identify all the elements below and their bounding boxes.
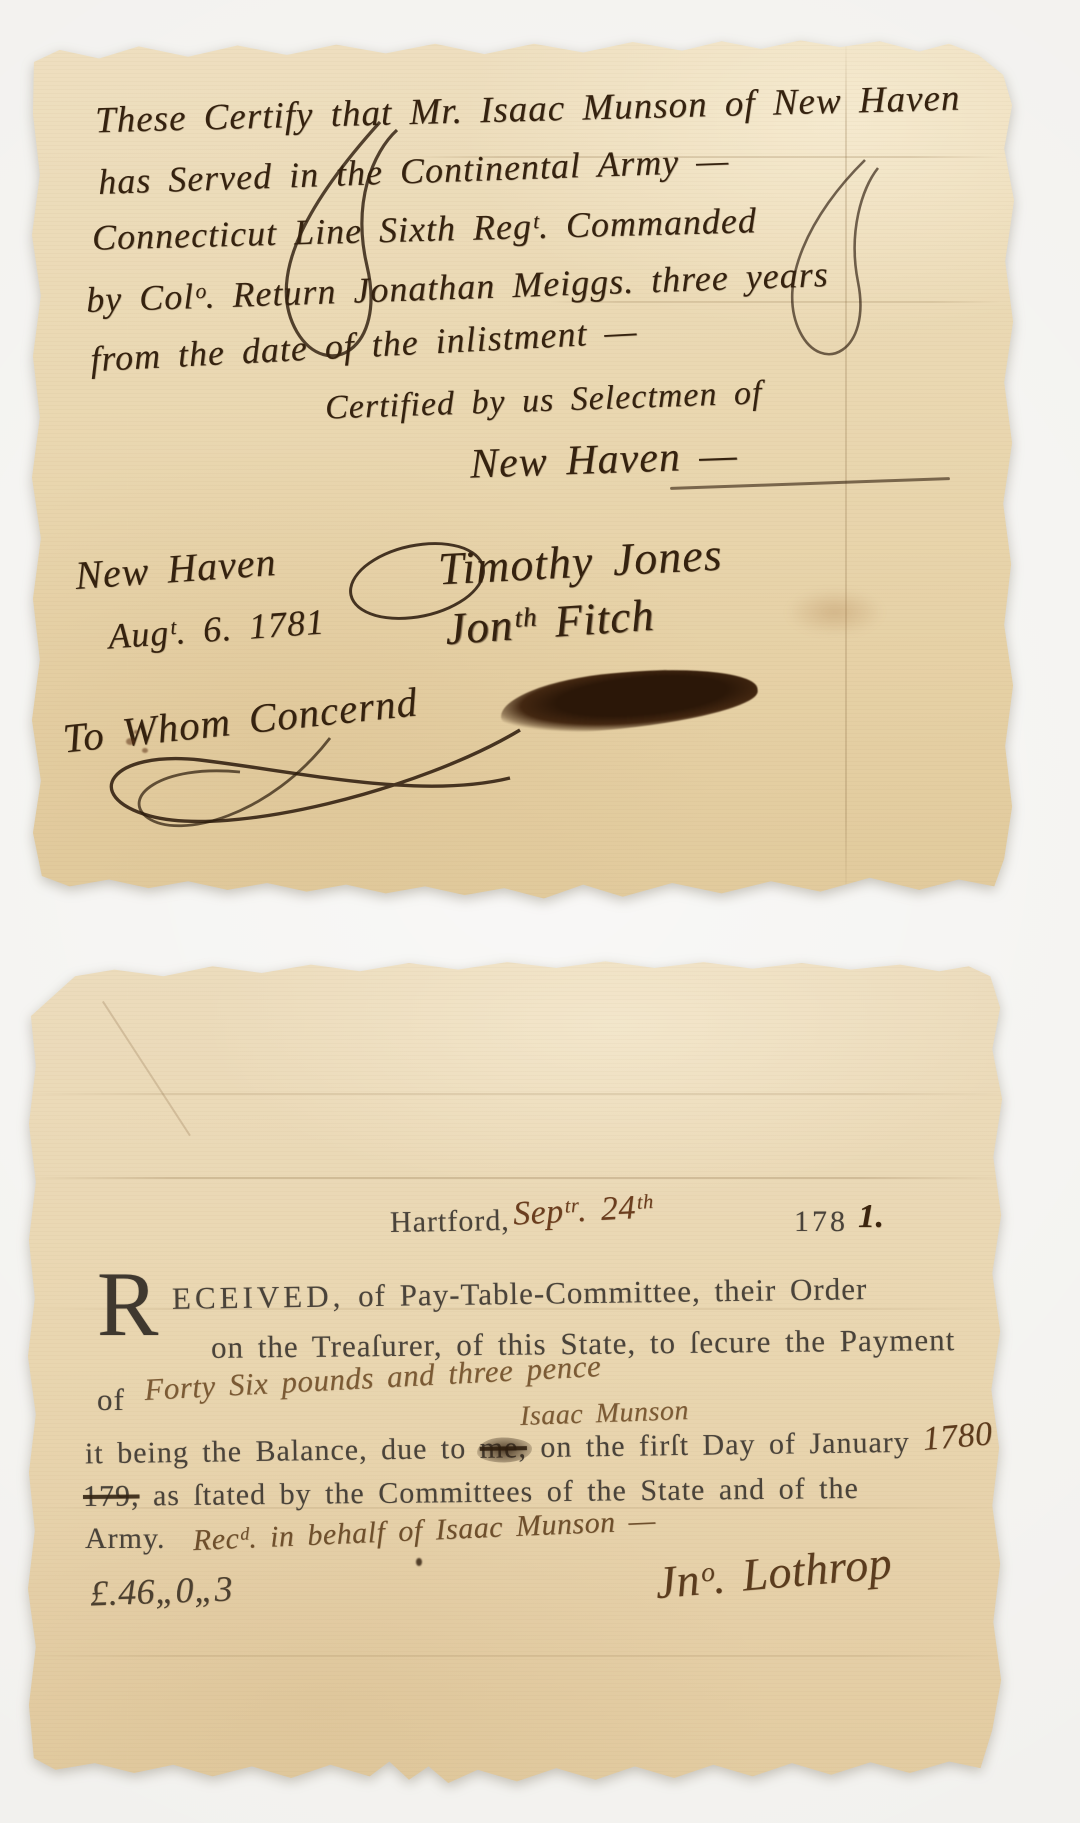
certificate-line-7: New Haven — [469, 431, 738, 488]
receipt-line-6: Army. Recᵈ. in behalf of Isaac Munson — [85, 1522, 656, 1556]
amount-pounds: £.46„0„3 [89, 1568, 233, 1615]
scan-background: These Certify that Mr. Isaac Munson of N… [0, 0, 1080, 1823]
received-dropcap: R [97, 1264, 158, 1344]
army-label: Army. [85, 1522, 166, 1555]
signature-jonathan-fitch: Jonᵗʰ Fitch [443, 589, 656, 655]
certificate-date: Augᵗ. 6. 1781 [107, 600, 326, 657]
balance-text-b: on the firſt Day of January [540, 1426, 910, 1464]
balance-text-a: it being the Balance, due to [85, 1432, 467, 1470]
receipt-place: Hartford, [390, 1204, 510, 1240]
receipt-paper: Hartford, Sepᵗʳ. 24ᵗʰ 178 1. R ECEIVED, … [26, 958, 1008, 1788]
certificate-document: These Certify that Mr. Isaac Munson of N… [30, 36, 1018, 902]
struck-me: me, [480, 1431, 528, 1465]
certificate-line-3: Connecticut Line Sixth Regᵗ. Commanded [92, 199, 758, 258]
stain-speck [126, 738, 135, 745]
receipt-handwritten-date: Sepᵗʳ. 24ᵗʰ [512, 1188, 653, 1233]
pen-flourish-closing [90, 720, 530, 840]
certificate-place: New Haven [74, 538, 278, 599]
struck-year-fragment: 179, [83, 1479, 140, 1513]
ink-speck [416, 1558, 422, 1566]
signature-timothy-jones: Timothy Jones [437, 528, 724, 596]
receipt-crease [26, 1177, 1008, 1179]
receipt-line-4: it being the Balance, due to me, on the … [85, 1422, 994, 1473]
stain-speck [134, 730, 138, 734]
ink-blot [498, 661, 760, 739]
receipt-crease [26, 1655, 1008, 1657]
receipt-crease [26, 1093, 1008, 1095]
certificate-paper: These Certify that Mr. Isaac Munson of N… [30, 36, 1018, 902]
received-rest: of Pay-Table-Committee, their Order [344, 1271, 867, 1313]
tan-stain [770, 581, 900, 643]
stain-speck [142, 748, 148, 753]
certificate-line-1: These Certify that Mr. Isaac Munson of N… [95, 77, 961, 143]
receipt-year-overwrite: 1. [858, 1198, 885, 1236]
receipt-of-label: of [97, 1382, 125, 1418]
signature-lothrop: Jnᵒ. Lothrop [653, 1536, 894, 1609]
handwritten-year-1780: 1780 [921, 1415, 994, 1459]
received-caps: ECEIVED, [172, 1278, 345, 1315]
receipt-corner-fold [102, 1001, 191, 1136]
certificate-line-4: by Colᵒ. Return Jonathan Meiggs. three y… [85, 253, 829, 321]
receipt-document: Hartford, Sepᵗʳ. 24ᵗʰ 178 1. R ECEIVED, … [26, 958, 1008, 1788]
receipt-year-printed: 178 [794, 1205, 848, 1239]
stated-text: as ſtated by the Committees of the State… [153, 1472, 859, 1512]
